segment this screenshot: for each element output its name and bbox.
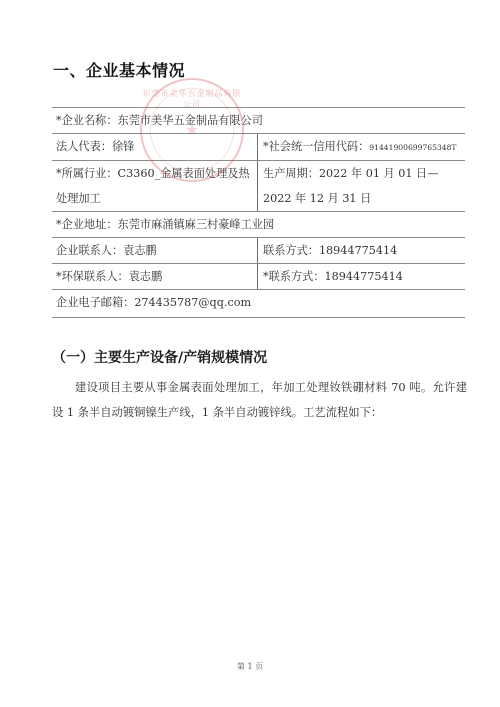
company-name-cell: *企业名称：东莞市美华五金制品有限公司 [52,108,465,133]
table-row-address: *企业地址：东莞市麻涌镇麻三村豪峰工业园 [52,212,465,238]
industry-cell: *所属行业：C3360_金属表面处理及热处理加工 [52,161,258,211]
credit-code-value: 91441900699765348T [369,143,456,152]
credit-code-label: *社会统一信用代码： [263,140,369,153]
legal-rep-cell: 法人代表：徐锋 [52,134,258,160]
table-row-contact: 企业联系人：袁志鹏 联系方式：18944775414 [52,238,465,264]
production-period-cell: 生产周期：2022 年 01 月 01 日—2022 年 12 月 31 日 [258,161,465,211]
table-row-company-name: *企业名称：东莞市美华五金制品有限公司 [52,107,465,134]
address-cell: *企业地址：东莞市麻涌镇麻三村豪峰工业园 [52,212,465,237]
table-row-legal-credit: 法人代表：徐锋 *社会统一信用代码：91441900699765348T [52,134,465,161]
credit-code-cell: *社会统一信用代码：91441900699765348T [258,134,465,160]
table-row-industry-period: *所属行业：C3360_金属表面处理及热处理加工 生产周期：2022 年 01 … [52,161,465,212]
contact-phone-cell: 联系方式：18944775414 [258,238,465,263]
body-paragraph: 建设项目主要从事金属表面处理加工，年加工处理钕铁硼材料 70 吨。允许建设 1 … [52,375,467,425]
env-contact-person-cell: *环保联系人：袁志鹏 [52,264,258,289]
table-row-env-contact: *环保联系人：袁志鹏 *联系方式：18944775414 [52,264,465,290]
table-row-email: 企业电子邮箱：274435787@qq.com [52,290,465,318]
subsection-title: （一）主要生产设备/产销规模情况 [52,347,267,367]
env-contact-phone-cell: *联系方式：18944775414 [258,264,465,289]
section-title: 一、企业基本情况 [53,58,185,81]
page-number: 第 1 页 [0,661,500,672]
contact-person-cell: 企业联系人：袁志鹏 [52,238,258,263]
email-cell: 企业电子邮箱：274435787@qq.com [52,290,465,317]
enterprise-info-table: *企业名称：东莞市美华五金制品有限公司 法人代表：徐锋 *社会统一信用代码：91… [52,107,465,318]
